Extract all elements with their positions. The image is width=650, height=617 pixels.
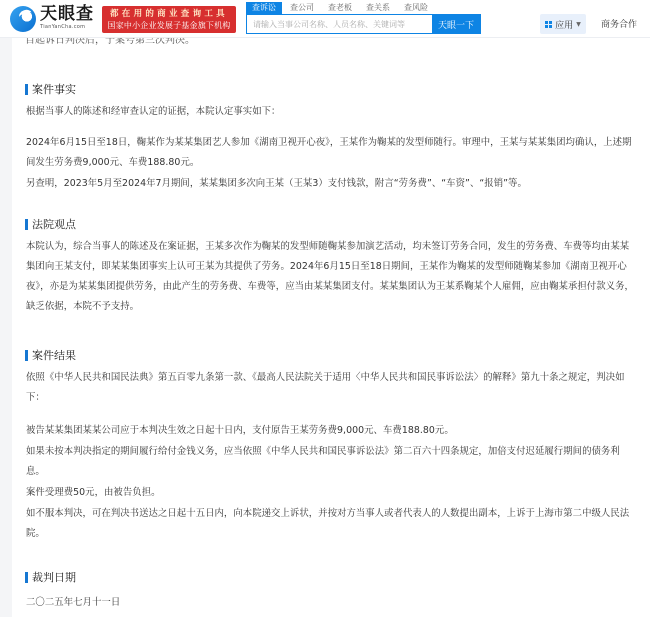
tab-boss[interactable]: 查老板 (322, 2, 358, 14)
tab-company[interactable]: 查公司 (284, 2, 320, 14)
tianyancha-logo[interactable]: 天眼查 TianYanCha.com (10, 6, 94, 32)
promo-banner[interactable]: 都在用的商业查询工具 国家中小企业发展子基金旗下机构 (102, 6, 236, 33)
section-title-judgment-date: 裁判日期 (25, 569, 76, 585)
promo-subtitle: 国家中小企业发展子基金旗下机构 (108, 20, 231, 31)
logo-name-cn: 天眼查 (40, 6, 94, 23)
facts-paragraph: 2024年6月15日至18日，鞠某作为某某集团艺人参加《湖南卫视开心夜》，王某作… (26, 133, 638, 173)
section-title-text: 法院观点 (32, 216, 76, 232)
section-marker-icon (25, 572, 28, 583)
apps-dropdown-button[interactable]: 应用 ▼ (540, 14, 586, 34)
section-marker-icon (25, 350, 28, 361)
facts-paragraph: 根据当事人的陈述和经审查认定的证据，本院认定事实如下： (26, 102, 638, 122)
left-gutter (0, 38, 12, 617)
result-paragraph: 如不服本判决，可在判决书送达之日起十五日内，向本院递交上诉状，并按对方当事人或者… (26, 504, 638, 544)
result-paragraph: 依照《中华人民共和国民法典》第五百零九条第一款、《最高人民法院关于适用〈中华人民… (26, 368, 638, 408)
search-button[interactable]: 天眼一下 (432, 15, 480, 33)
business-cooperation-link[interactable]: 商务合作 (601, 17, 637, 30)
section-title-text: 裁判日期 (32, 569, 76, 585)
grid-icon (545, 21, 552, 28)
result-paragraph: 被告某某集团某某公司应于本判决生效之日起十日内，支付原告王某劳务费9,000元、… (26, 421, 638, 441)
tab-lawsuit[interactable]: 查诉讼 (246, 2, 282, 14)
search-bar: 天眼一下 (246, 14, 481, 34)
section-title-text: 案件事实 (32, 81, 76, 97)
search-input[interactable] (247, 15, 432, 33)
apps-label: 应用 (555, 18, 573, 31)
section-title-court-opinion: 法院观点 (25, 216, 76, 232)
top-header: 天眼查 TianYanCha.com 都在用的商业查询工具 国家中小企业发展子基… (0, 0, 650, 38)
promo-slogan: 都在用的商业查询工具 (110, 9, 228, 20)
result-paragraph: 案件受理费50元，由被告负担。 (26, 483, 638, 503)
section-title-facts: 案件事实 (25, 81, 76, 97)
truncated-text-line: 目起诉日判决后，于案号第三次判决。 (25, 38, 195, 46)
chevron-down-icon: ▼ (576, 21, 581, 28)
section-title-result: 案件结果 (25, 347, 76, 363)
judgment-date: 二〇二五年七月十一日 (26, 593, 638, 613)
logo-name-en: TianYanCha.com (40, 25, 94, 30)
search-type-tabs: 查诉讼 查公司 查老板 查关系 查风险 (246, 2, 436, 14)
tab-risk[interactable]: 查风险 (398, 2, 434, 14)
tab-relation[interactable]: 查关系 (360, 2, 396, 14)
opinion-paragraph: 本院认为，综合当事人的陈述及在案证据，王某多次作为鞠某的发型师随鞠某参加演艺活动… (26, 237, 638, 317)
section-title-text: 案件结果 (32, 347, 76, 363)
section-marker-icon (25, 219, 28, 230)
judgment-document: 目起诉日判决后，于案号第三次判决。 案件事实 根据当事人的陈述和经审查认定的证据… (12, 38, 650, 617)
section-marker-icon (25, 84, 28, 95)
result-paragraph: 如果未按本判决指定的期间履行给付金钱义务，应当依照《中华人民共和国民事诉讼法》第… (26, 442, 638, 482)
logo-mark-icon (10, 6, 36, 32)
facts-paragraph: 另查明，2023年5月至2024年7月期间，某某集团多次向王某（王某3）支付钱款… (26, 174, 638, 194)
